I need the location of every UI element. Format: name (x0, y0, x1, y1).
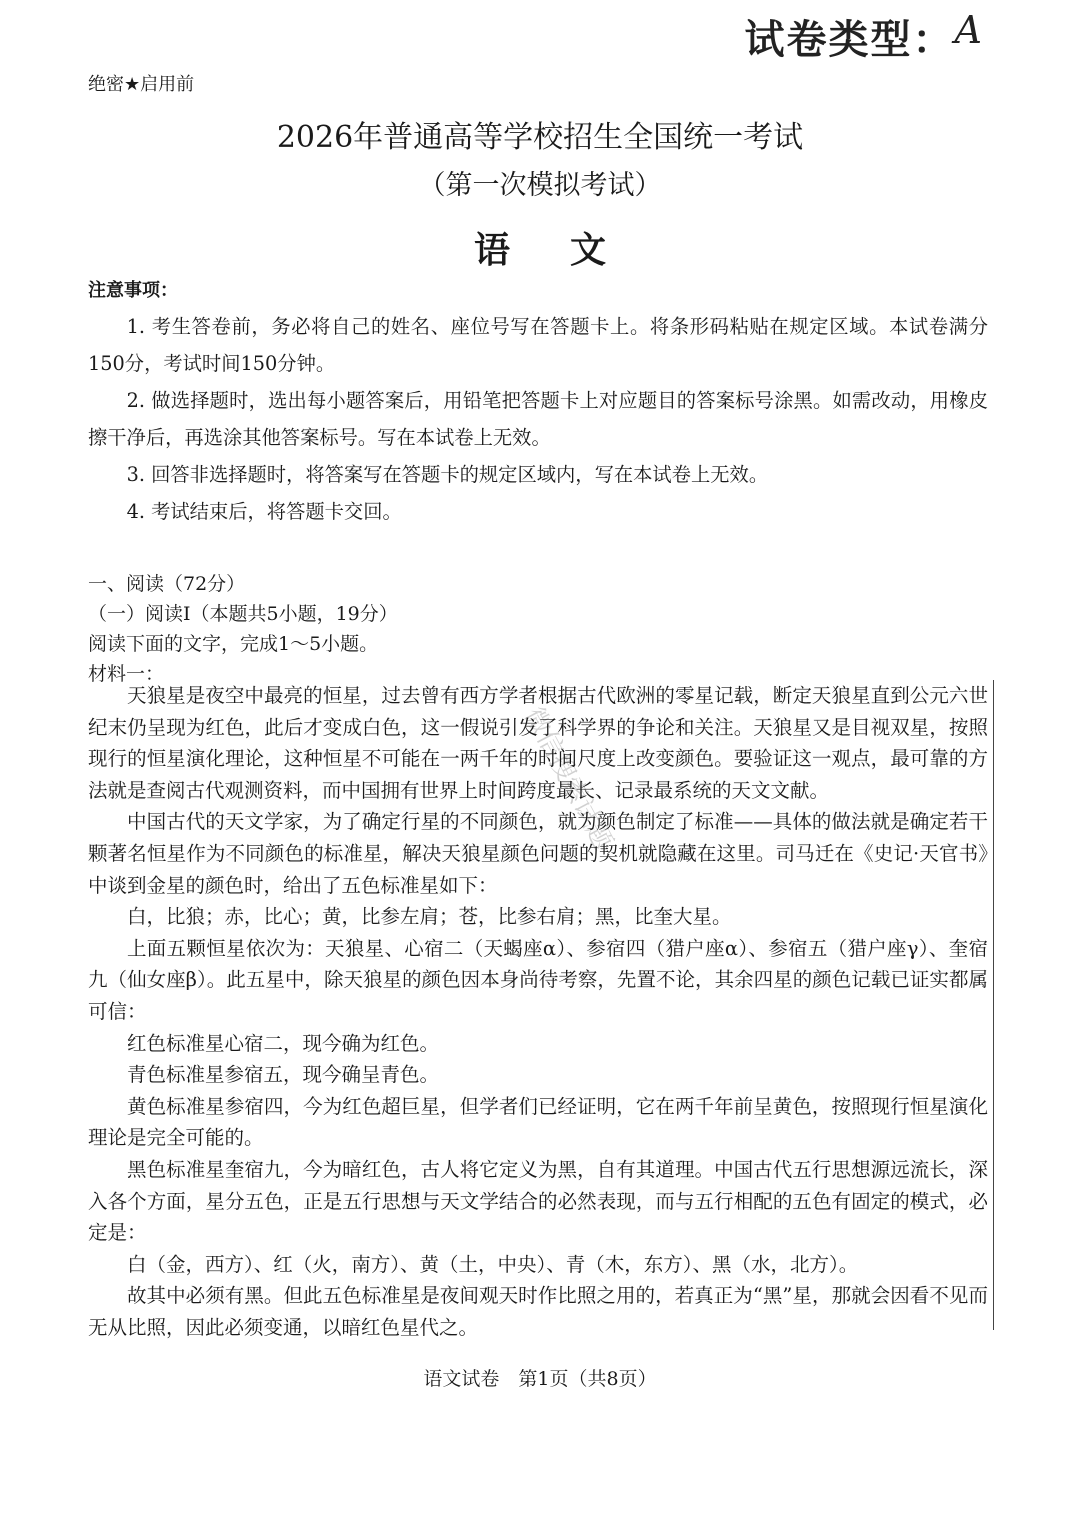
notices-list: 1. 考生答卷前，务必将自己的姓名、座位号写在答题卡上。将条形码粘贴在规定区域。… (88, 308, 988, 530)
passage-paragraph: 白，比狼；赤，比心；黄，比参左肩；苍，比参右肩；黑，比奎大星。 (88, 901, 988, 933)
subject-title: 语文 (0, 222, 1080, 273)
passage-paragraph: 中国古代的天文学家，为了确定行星的不同颜色，就为颜色制定了标准——具体的做法就是… (88, 806, 988, 901)
reading-passage: 天狼星是夜空中最亮的恒星，过去曾有西方学者根据古代欧洲的零星记载，断定天狼星直到… (88, 680, 988, 1343)
passage-paragraph: 上面五颗恒星依次为：天狼星、心宿二（天蝎座α）、参宿四（猎户座α）、参宿五（猎户… (88, 933, 988, 1028)
passage-paragraph: 故其中必须有黑。但此五色标准星是夜间观天时作比照之用的，若真正为“黑”星，那就会… (88, 1280, 988, 1343)
page-footer: 语文试卷 第1页（共8页） (0, 1364, 1080, 1391)
notice-item: 1. 考生答卷前，务必将自己的姓名、座位号写在答题卡上。将条形码粘贴在规定区域。… (88, 308, 988, 382)
subpart-heading: （一）阅读Ⅰ（本题共5小题，19分） (88, 599, 988, 629)
paper-type-text: 试卷类型： (745, 17, 955, 63)
instruction-text: 阅读下面的文字，完成1～5小题。 (88, 629, 988, 659)
notices-heading: 注意事项： (88, 276, 178, 302)
part-heading: 一、阅读（72分） (88, 569, 988, 599)
passage-paragraph: 红色标准星心宿二，现今确为红色。 (88, 1028, 988, 1060)
paper-type-letter: A (955, 8, 984, 52)
subject-char-1: 语 (474, 230, 510, 271)
passage-paragraph: 青色标准星参宿五，现今确呈青色。 (88, 1059, 988, 1091)
notice-item: 4. 考试结束后，将答题卡交回。 (88, 493, 988, 530)
margin-rule (993, 680, 994, 1330)
passage-paragraph: 白（金，西方）、红（火，南方）、黄（土，中央）、青（木，东方）、黑（水，北方）。 (88, 1249, 988, 1281)
subject-char-2: 文 (570, 230, 606, 271)
exam-title: 2026年普通高等学校招生全国统一考试 (0, 112, 1080, 156)
passage-paragraph: 黑色标准星奎宿九，今为暗红色，古人将它定义为黑，自有其道理。中国古代五行思想源远… (88, 1154, 988, 1249)
exam-subtitle: （第一次模拟考试） (0, 163, 1080, 202)
paper-type-label: 试卷类型：A (745, 8, 984, 65)
notice-item: 2. 做选择题时，选出每小题答案后，用铅笔把答题卡上对应题目的答案标号涂黑。如需… (88, 382, 988, 456)
passage-paragraph: 黄色标准星参宿四，今为红色超巨星，但学者们已经证明，它在两千年前呈黄色，按照现行… (88, 1091, 988, 1154)
notice-item: 3. 回答非选择题时，将答案写在答题卡的规定区域内，写在本试卷上无效。 (88, 456, 988, 493)
section-header: 一、阅读（72分） （一）阅读Ⅰ（本题共5小题，19分） 阅读下面的文字，完成1… (88, 569, 988, 689)
confidential-label: 绝密★启用前 (88, 70, 194, 96)
